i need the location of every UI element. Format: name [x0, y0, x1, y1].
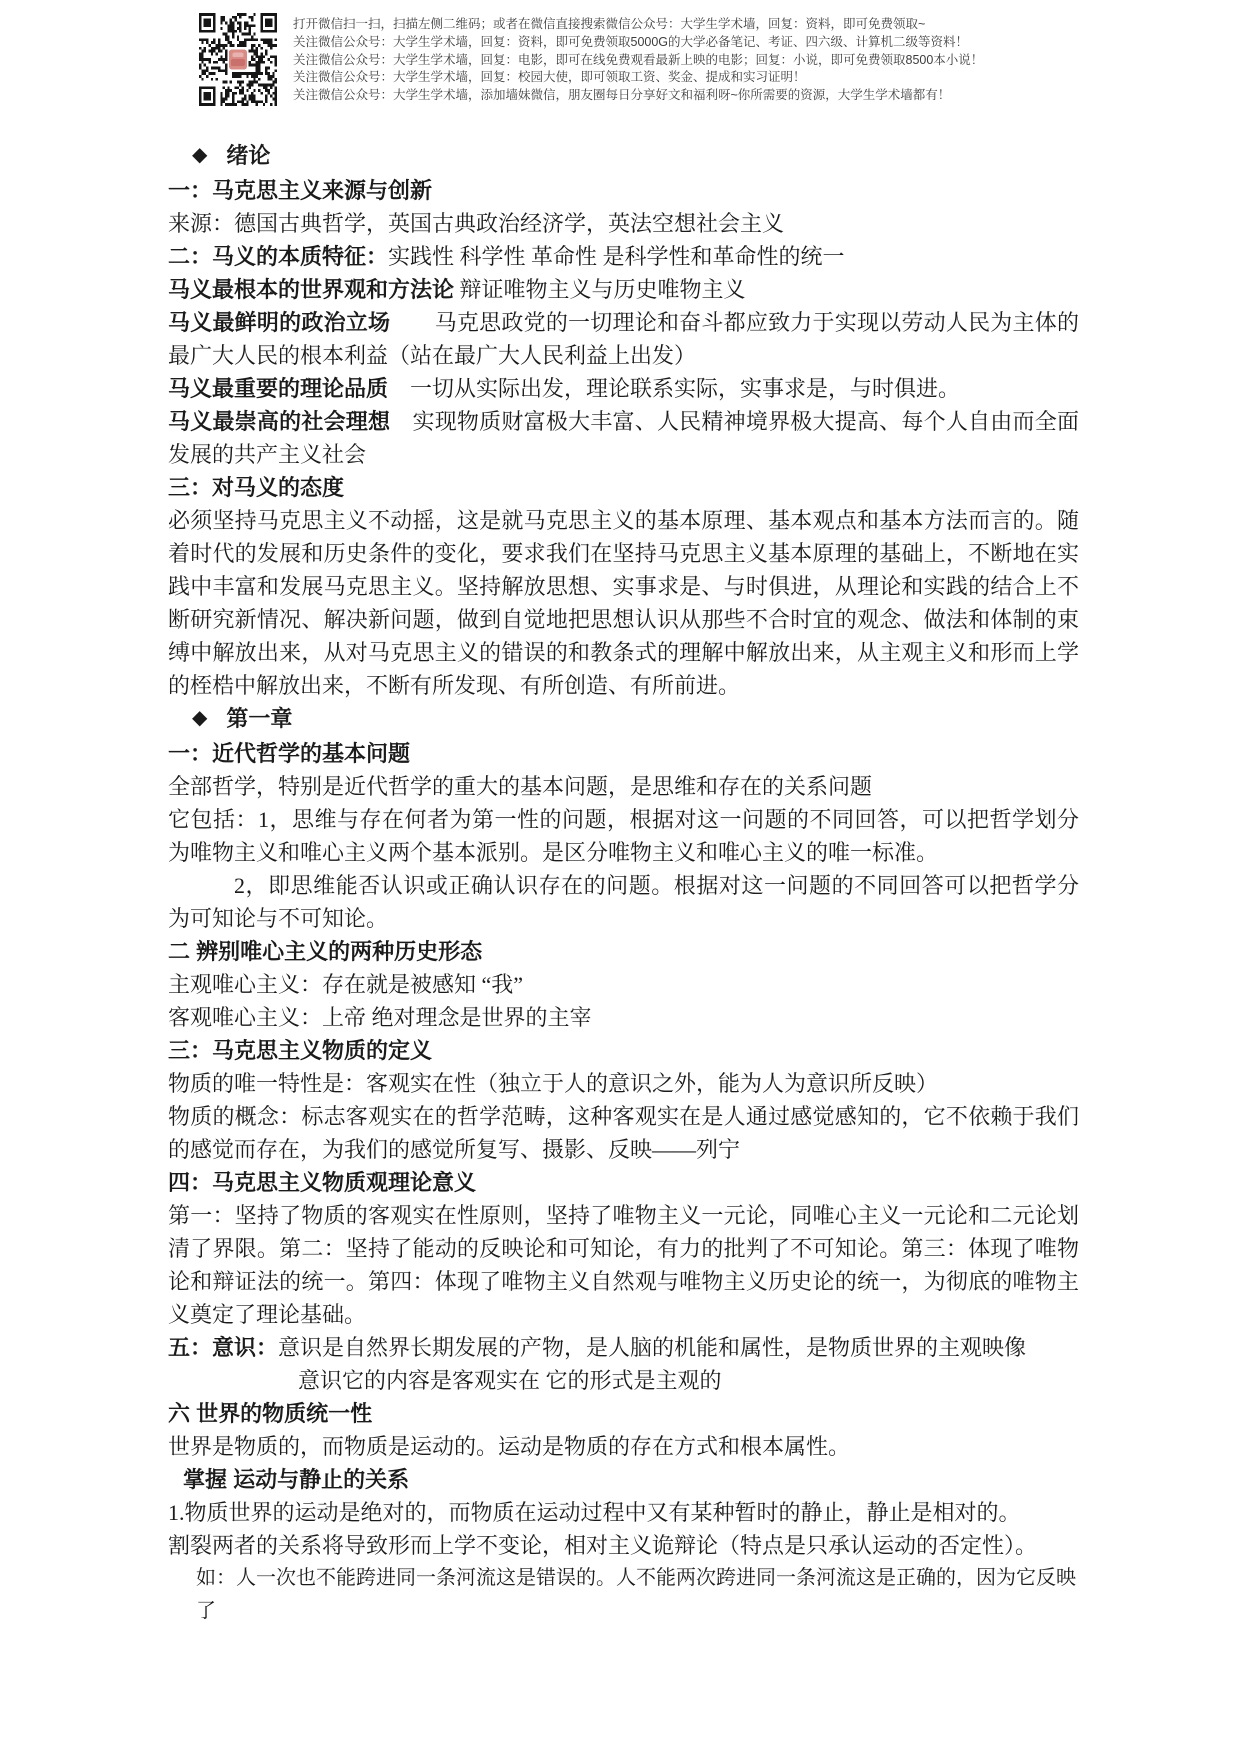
- section-heading: 二 辨别唯心主义的两种历史形态: [168, 935, 1079, 968]
- promo-line: 关注微信公众号：大学生学术墙，回复：校园大使，即可领取工资、奖金、提成和实习证明…: [293, 69, 983, 87]
- label-body-text: 意识是自然界长期发展的产物，是人脑的机能和属性，是物质世界的主观映像: [278, 1335, 1026, 1360]
- bold-label: 马义最根本的世界观和方法论: [168, 277, 454, 302]
- paragraph: 2，即思维能否认识或正确认识存在的问题。根据对这一问题的不同回答可以把哲学分为可…: [168, 869, 1079, 935]
- heading-text: 三：对马义的态度: [168, 475, 344, 500]
- labeled-paragraph: 马义最崇高的社会理想 实现物质财富极大丰富、人民精神境界极大提高、每个人自由而全…: [168, 405, 1079, 471]
- bold-label: 马义最鲜明的政治立场: [168, 310, 390, 335]
- heading-text: 掌握 运动与静止的关系: [183, 1467, 409, 1492]
- label-body-text: 一切从实际出发，理论联系实际，实事求是，与时俱进。: [388, 376, 960, 401]
- heading-text: 四：马克思主义物质观理论意义: [168, 1170, 476, 1195]
- section-heading: 四：马克思主义物质观理论意义: [168, 1166, 1079, 1199]
- heading-text: 六 世界的物质统一性: [168, 1401, 372, 1426]
- promo-line: 关注微信公众号：大学生学术墙，回复：电影，即可在线免费观看最新上映的电影；回复：…: [293, 52, 983, 70]
- promo-text: 打开微信扫一扫，扫描左侧二维码；或者在微信直接搜索微信公众号：大学生学术墙，回复…: [293, 13, 983, 105]
- bold-label: 五：意识：: [168, 1335, 278, 1360]
- labeled-paragraph: 马义最重要的理论品质 一切从实际出发，理论联系实际，实事求是，与时俱进。: [168, 372, 1079, 405]
- paragraph: 客观唯心主义：上帝 绝对理念是世界的主宰: [168, 1001, 1079, 1034]
- paragraph: 必须坚持马克思主义不动摇，这是就马克思主义的基本原理、基本观点和基本方法而言的。…: [168, 504, 1079, 702]
- promo-line: 打开微信扫一扫，扫描左侧二维码；或者在微信直接搜索微信公众号：大学生学术墙，回复…: [293, 16, 983, 34]
- label-body-text-line2: 意识它的内容是客观实在 它的形式是主观的: [298, 1364, 1079, 1397]
- heading-text: 三：马克思主义物质的定义: [168, 1038, 432, 1063]
- promo-header: 打开微信扫一扫，扫描左侧二维码；或者在微信直接搜索微信公众号：大学生学术墙，回复…: [199, 13, 983, 106]
- qr-code-icon: [199, 13, 277, 106]
- paragraph: 来源：德国古典哲学，英国古典政治经济学，英法空想社会主义: [168, 207, 1079, 240]
- label-body-text: 实践性 科学性 革命性 是科学性和革命性的统一: [388, 244, 845, 269]
- section-heading: 三：对马义的态度: [168, 471, 1079, 504]
- heading-text: 二 辨别唯心主义的两种历史形态: [168, 939, 482, 964]
- heading-text: 一：马克思主义来源与创新: [168, 178, 432, 203]
- labeled-paragraph: 二：马义的本质特征：实践性 科学性 革命性 是科学性和革命性的统一: [168, 240, 1079, 273]
- section-heading: 六 世界的物质统一性: [168, 1397, 1079, 1430]
- label-body-text: 辩证唯物主义与历史唯物主义: [454, 277, 746, 302]
- promo-line: 关注微信公众号：大学生学术墙，回复：资料，即可免费领取5000G的大学必备笔记、…: [293, 34, 983, 52]
- paragraph: 割裂两者的关系将导致形而上学不变论，相对主义诡辩论（特点是只承认运动的否定性）。: [168, 1529, 1079, 1562]
- section-heading: 一：马克思主义来源与创新: [168, 174, 1079, 207]
- document-page: 打开微信扫一扫，扫描左侧二维码；或者在微信直接搜索微信公众号：大学生学术墙，回复…: [0, 0, 1241, 1754]
- sub-heading: 掌握 运动与静止的关系: [168, 1463, 1079, 1496]
- chapter-bullet-heading: ◆第一章: [168, 702, 1079, 737]
- labeled-paragraph: 马义最鲜明的政治立场 马克思政党的一切理论和奋斗都应致力于实现以劳动人民为主体的…: [168, 306, 1079, 372]
- bold-label: 马义最重要的理论品质: [168, 376, 388, 401]
- paragraph: 主观唯心主义：存在就是被感知 “我”: [168, 968, 1079, 1001]
- paragraph: 世界是物质的，而物质是运动的。运动是物质的存在方式和根本属性。: [168, 1430, 1079, 1463]
- bold-label: 二：马义的本质特征：: [168, 244, 388, 269]
- bold-label: 马义最崇高的社会理想: [168, 409, 390, 434]
- paragraph: 它包括：1，思维与存在何者为第一性的问题，根据对这一问题的不同回答，可以把哲学划…: [168, 803, 1079, 869]
- paragraph: 第一：坚持了物质的客观实在性原则，坚持了唯物主义一元论，同唯心主义一元论和二元论…: [168, 1199, 1079, 1331]
- section-heading: 三：马克思主义物质的定义: [168, 1034, 1079, 1067]
- paragraph: 物质的唯一特性是：客观实在性（独立于人的意识之外，能为人为意识所反映）: [168, 1067, 1079, 1100]
- diamond-bullet-icon: ◆: [192, 702, 207, 735]
- document-content: ◆绪论一：马克思主义来源与创新来源：德国古典哲学，英国古典政治经济学，英法空想社…: [168, 139, 1079, 1628]
- promo-line: 关注微信公众号：大学生学术墙，添加墙妹微信，朋友圈每日分享好文和福利呀~你所需要…: [293, 87, 983, 105]
- note-paragraph: 如：人一次也不能跨进同一条河流这是错误的。人不能两次跨进同一条河流这是正确的，因…: [168, 1562, 1079, 1628]
- diamond-bullet-icon: ◆: [192, 139, 207, 172]
- heading-text: 一：近代哲学的基本问题: [168, 741, 410, 766]
- paragraph: 物质的概念：标志客观实在的哲学范畴，这种客观实在是人通过感觉感知的，它不依赖于我…: [168, 1100, 1079, 1166]
- labeled-paragraph: 五：意识：意识是自然界长期发展的产物，是人脑的机能和属性，是物质世界的主观映像意…: [168, 1331, 1079, 1397]
- labeled-paragraph: 马义最根本的世界观和方法论 辩证唯物主义与历史唯物主义: [168, 273, 1079, 306]
- section-heading: 一：近代哲学的基本问题: [168, 737, 1079, 770]
- paragraph: 全部哲学，特别是近代哲学的重大的基本问题，是思维和存在的关系问题: [168, 770, 1079, 803]
- chapter-bullet-heading: ◆绪论: [168, 139, 1079, 174]
- chapter-title: 绪论: [226, 143, 270, 168]
- paragraph: 1.物质世界的运动是绝对的，而物质在运动过程中又有某种暂时的静止，静止是相对的。: [168, 1496, 1079, 1529]
- chapter-title: 第一章: [226, 706, 292, 731]
